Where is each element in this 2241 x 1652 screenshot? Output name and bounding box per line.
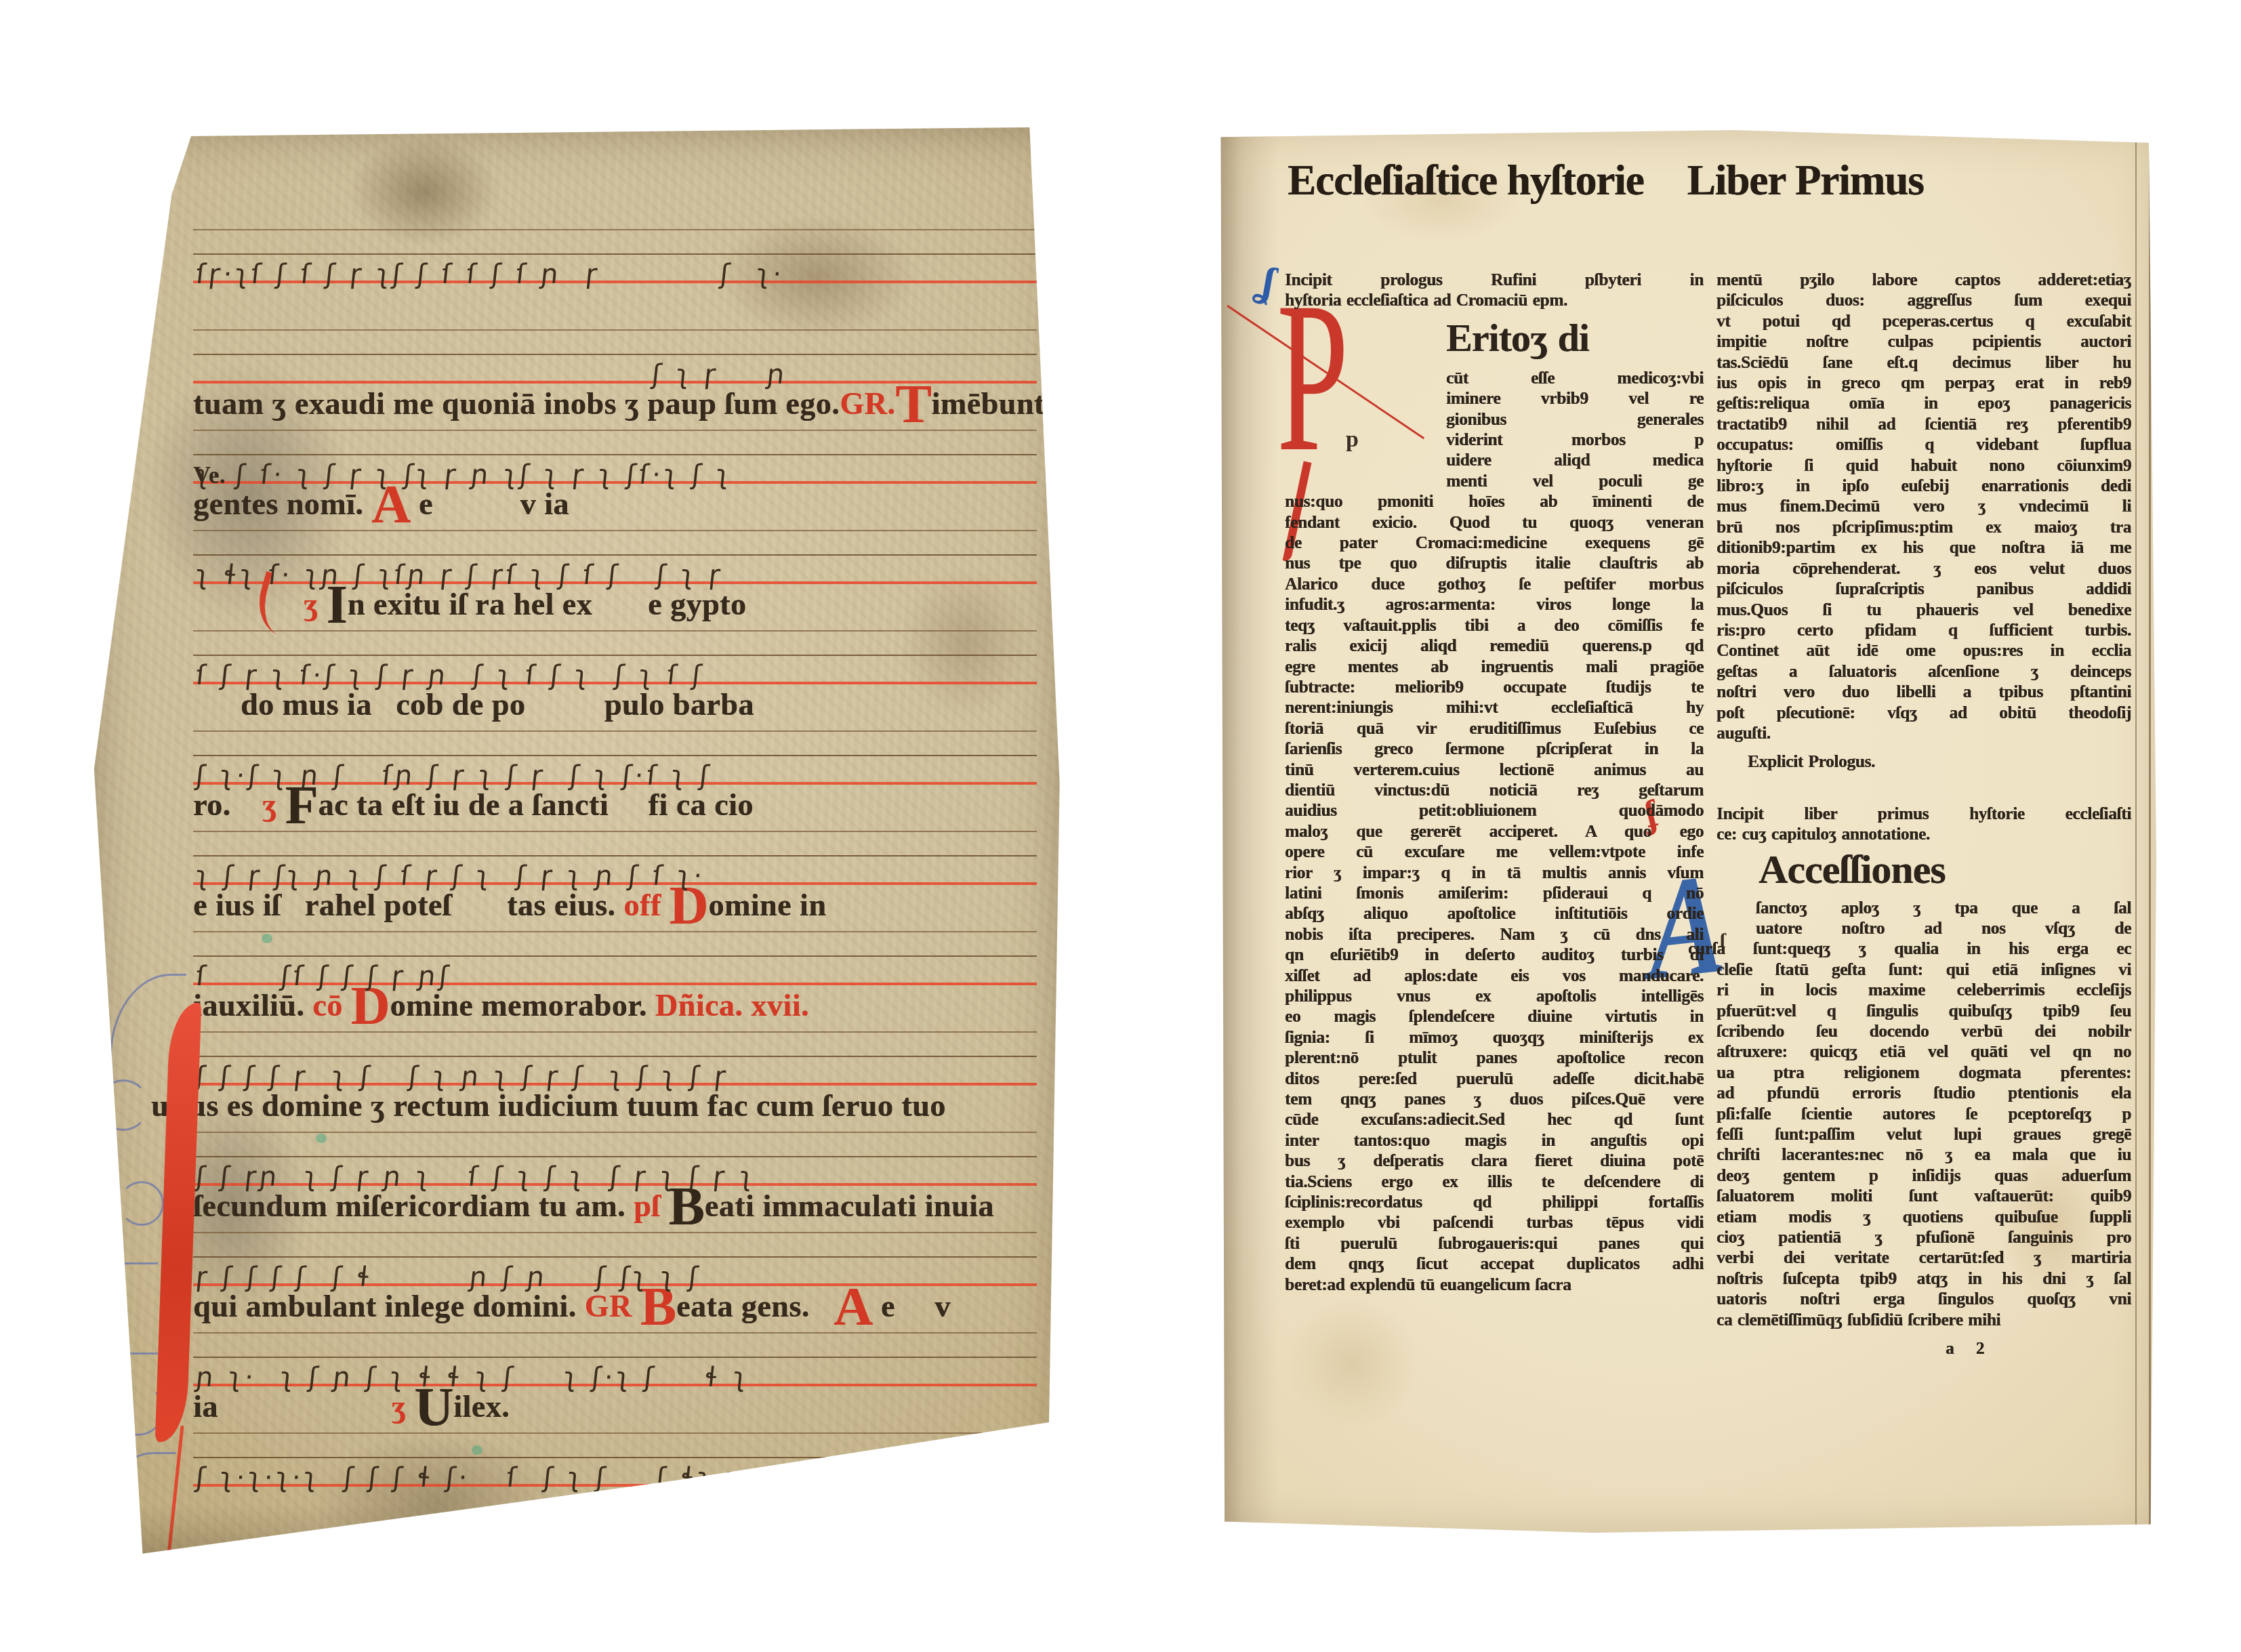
staff-line-brown [193, 1332, 1037, 1334]
print-line: rior ʒ impar:ʒ q in tā multis annis vſum [1285, 863, 1704, 883]
staff-line-brown [193, 1056, 1037, 1057]
neume-notation: ʅ· ʃ ſ· ʅ ʃ ɼ ʅ ʃʅ ɼ ɲ ʅʃ ʅ ɼ ʅ ʃſ·ʅ ʃ ʅ [194, 459, 735, 491]
print-line: Alarico duce gothoʒ ſe peſtifer morbus [1285, 574, 1704, 594]
neume-notation: ʃ ʅ ɼ ɲ [194, 359, 789, 390]
staff-line-brown [193, 955, 1037, 957]
chant-text-segment: ia [193, 1389, 392, 1424]
chant-text-line: ſecundum miſericordiam tu am. pſ Beati i… [193, 1189, 1037, 1224]
chant-text-line: tuam ʒ exaudi me quoniā inobs ʒ paup ſum… [193, 386, 1037, 421]
print-line: viderint morbos p [1285, 430, 1704, 450]
neume-notation: ſɼ·ʅſ ʃ ſ ʃ ɼ ʅʃ ʃ ſ ſ ʃ ſ ɲ ɼ ʃ ʅ· [194, 259, 787, 290]
print-line: ditionib9:partim ex his que noſtra iā me [1716, 537, 2131, 558]
guide-letter-p: p [1346, 427, 1359, 453]
chant-text-segment: A [371, 475, 411, 535]
chant-text-segment: qui ambulant inlege domini. [193, 1289, 585, 1323]
staff-line-brown [193, 229, 1037, 230]
neume-notation: ſ ʃ ɼ ʅ ſ·ʃ ʅ ʃ ɼ ɲ ʃ ʅ ſ ʃ ʅ ʃ ʅ ſ ʃ [194, 660, 707, 691]
print-line: Incipit prologus Rufini pſbyteri in [1285, 270, 1704, 290]
staff-system: ſɼ·ʅſ ʃ ſ ʃ ɼ ʅʃ ʃ ſ ſ ʃ ſ ɲ ɼ ʃ ʅ· [193, 221, 1037, 286]
print-line: cioʒ patientiā ʒ pfuſionē ſanguinis pro [1716, 1227, 2131, 1247]
print-line: ſignia: ſi mīmoʒ quoʒqʒ miniſterijs ex [1285, 1027, 1704, 1048]
chant-system: ʃ ʅ ɼ ɲtuam ʒ exaudi me quoniā inobs ʒ p… [193, 321, 1037, 421]
print-line: mus.Quos ſi tu phaueris vel benedixe [1716, 600, 2131, 620]
staff-line-brown [193, 1156, 1037, 1157]
staff-line-brown [193, 530, 1037, 531]
staff-system: ʃ ʃ ɼɲ ʅ ʃ ɼ ɲ ʅ ſ ʃ ʅ ʃ ʅ ʃ ɼ ʅ ʃ ɼ ʅ [193, 1123, 1037, 1189]
print-line: ris:pro certo pfidam q ſufficient turbis… [1716, 620, 2131, 640]
staff-line-red [193, 782, 1037, 785]
neume-notation: ʃ ʃ ɼɲ ʅ ʃ ɼ ɲ ʅ ſ ʃ ʅ ʃ ʅ ʃ ɼ ʅ ʃ ɼ ʅ [194, 1161, 758, 1193]
staff-line-red [193, 581, 1037, 584]
print-line: pfuerūt:vel q ſingulis quibuſqʒ tpib9 ſe… [1716, 1001, 2131, 1021]
staff-line-red [193, 682, 1037, 684]
print-line: Incipit liber primus hyſtorie eccleſiaſt… [1716, 804, 2131, 824]
chant-text-segment: D [351, 976, 390, 1036]
chant-systems: ſɼ·ʅſ ʃ ſ ʃ ɼ ʅʃ ʃ ſ ſ ʃ ſ ɲ ɼ ʃ ʅ· ʃ ʅ … [193, 221, 1037, 1525]
print-line: ua ptra religionem dogmata pferentes: [1716, 1062, 2131, 1083]
chant-system: ſ ʃſ ʃ ʃ ʃ ɼ ɲʃiauxiliū. cō Domine memor… [193, 923, 1037, 1023]
chant-text-line: iauxiliū. cō Domine memorabor. Dñica. xv… [193, 988, 1037, 1023]
staff-line-brown [193, 1031, 1037, 1033]
chant-text-segment: ac ta eſt iu de a ſancti fi ca cio [318, 787, 754, 822]
staff-line-brown [193, 630, 1037, 632]
print-line: ſti puerulū ſubrogaueris:qui panes qui [1285, 1233, 1704, 1254]
chant-system: ʅ ʃ ɼ ʃʅ ɲ ʅ ʃ ſ ɼ ʃ ʅ ʃ ɼ ʅ ɲ ʃ ſ ʅ·e i… [193, 823, 1037, 923]
print-line: ſtoriā quā vir eruditiſſimus Euſebius ce [1285, 718, 1704, 739]
penwork-curl [112, 1384, 164, 1436]
chant-system: ʅ ɬʅ ſ· ʅɲ ʃ ʅſɲ ɼ ʃ ɼſ ʅ ʃ ſ ʃ ʃ ʅ ɼ ʒ … [193, 522, 1037, 622]
initial-a: A [1643, 851, 1729, 1003]
print-line: mus finem.Decimū vero ʒ vndecimū li [1716, 496, 2131, 516]
initial-i-flourish [92, 978, 234, 1608]
print-line: ca clemētiſſimūqʒ ſubſidiū ſcribere mihi [1716, 1310, 2131, 1330]
staff-line-brown [193, 655, 1037, 656]
red-paraph-mark: ʄ [1639, 792, 1662, 838]
print-line: impitie noſtre culpas pcipientis auctori [1716, 331, 2131, 352]
penwork-curl [99, 1452, 176, 1563]
print-line: exemplo vbi paſcendi turbas tēpus vidi [1285, 1212, 1704, 1233]
print-line: ce: cuʒ capituloʒ annotatione. [1716, 824, 2131, 844]
stain [1258, 1268, 1447, 1458]
staff-system: ſ ʃſ ʃ ʃ ʃ ɼ ɲʃ [193, 923, 1037, 988]
chant-text-segment: T [895, 375, 931, 434]
staff-line-brown [193, 1256, 1037, 1258]
staff-line-red [193, 882, 1037, 885]
staff-line-brown [193, 730, 1037, 732]
print-line: hyſtorie ſi quid habuit nono cōiunxim9 [1716, 455, 2131, 476]
print-line: tinū verterem.cuius lectionē animus au [1285, 760, 1704, 780]
chant-text-segment: eata gens. [676, 1289, 834, 1323]
print-line: piſciculos duos: aggreſſus ſum exequi [1716, 290, 2131, 310]
stain [262, 1401, 614, 1605]
print-line: geſtas a ſaluatoris aſcenſione ʒ deincep… [1716, 661, 2131, 682]
print-line: egre mentes ab ingruentis mali pragiōe [1285, 657, 1704, 677]
chant-text-segment: B [668, 1177, 704, 1237]
print-line: tractatib9 nihil ad ſcientiā reʒ pferent… [1716, 414, 2131, 434]
print-line: dientiū vinctus:dū noticiā reʒ geſtarum [1285, 780, 1704, 800]
chant-text-segment: off [623, 888, 669, 922]
chant-text-segment: D [670, 876, 709, 936]
print-line: a 2 [1716, 1338, 2131, 1359]
print-line: gionibus generales [1285, 409, 1704, 430]
print-line: abſqʒ aliquo apoſtolice inſtitutiōis ord… [1285, 903, 1704, 924]
staff-line-red [193, 1083, 1037, 1086]
neume-notation: ʃ ʃ ʃ ʃ ɼ ʅ ʃ ʃ ʅ ɲ ʅ ʃ ɼ ʃ ʅ ʃ ʅ ʃ ɼ [194, 1061, 731, 1092]
print-line: ius opis in greco qm perpaʒ erat in reb9 [1716, 373, 2131, 393]
chant-text-segment: gentes nomī. [193, 487, 371, 521]
print-line: ditos pere:ſed puerulū adeſſe dicit.habē [1285, 1069, 1704, 1089]
stain [316, 114, 533, 270]
print-line: tas.Sciēdū ſane eſt.q decimus liber hu [1716, 352, 2131, 373]
print-line: noſtri vero duo libelli a tpibus pſtanti… [1716, 682, 2131, 702]
print-line: nus:quo pmoniti hoīes ab īminenti de [1285, 491, 1704, 512]
chant-text-segment: F [285, 776, 318, 835]
neume-notation: ʃ ʅ·ʅ·ʅ·ʅ ʃ ʃ ʃ ɬ ʃ· ſ ʃ ʅ ʃ ʃ ɬʅ ʇ [194, 1462, 741, 1493]
penwork-curl [95, 1262, 158, 1355]
print-line: piſciculos ſupraſcriptis panibus addidi [1716, 579, 2131, 599]
staff-line-brown [193, 755, 1037, 756]
chant-text-segment: A [834, 1277, 873, 1337]
chant-text-segment: ſecundum miſericordiam tu am. [193, 1189, 634, 1223]
staff-system: ʃ ʃ ʃ ʃ ɼ ʅ ʃ ʃ ʅ ɲ ʅ ʃ ɼ ʃ ʅ ʃ ʅ ʃ ɼ [193, 1023, 1037, 1088]
neume-notation: ʅ ɬʅ ſ· ʅɲ ʃ ʅſɲ ɼ ʃ ɼſ ʅ ʃ ſ ʃ ʃ ʅ ɼ [194, 560, 725, 591]
staff-line-brown [193, 354, 1037, 355]
staff-line-brown [193, 329, 1037, 331]
print-line: libro:ʒ in ipſo euſebij enarrationis ded… [1716, 476, 2131, 496]
print-line: ſaluatorem moliti ſunt vaſtauerūt: quib9 [1716, 1186, 2131, 1206]
right-page-print: Eccleſiaſtice hyſtorie Liber Primus ʆ P … [1217, 130, 2156, 1533]
chant-text-segment: n exitu iſ ra hel ex e gypto [348, 587, 747, 621]
print-line: qn eſuriētib9 in deſerto auditoʒ turbis … [1285, 945, 1704, 965]
photo-canvas: ſɼ·ʅſ ʃ ſ ʃ ɼ ʅʃ ʃ ſ ſ ʃ ſ ɲ ɼ ʃ ʅ· ʃ ʅ … [0, 0, 2241, 1652]
chant-text-segment: I [327, 575, 348, 635]
print-line: philippus vnus ex apoſtolis intelligēs [1285, 986, 1704, 1006]
staff-line-red [193, 381, 1037, 384]
staff-system: ʃ ʅ·ʃ ʅ ɲ ʃ ſɲ ʃ ɼ ʅ ʃ ɼ ʃ ʅ ʃ·ſ ʅ ʃ [193, 722, 1037, 787]
print-line: tem qnqʒ panes ʒ duos piſces.Quē vere [1285, 1089, 1704, 1109]
print-line: tia.Sciens ergo ex illis te deſcendere d… [1285, 1172, 1704, 1192]
print-column-right: mentū pʒilo labore captos adderet:etiaʒp… [1716, 270, 2131, 1359]
stain [119, 1049, 343, 1361]
stain [1325, 144, 1556, 259]
staff-system: ʅ· ʃ ſ· ʅ ʃ ɼ ʅ ʃʅ ɼ ɲ ʅʃ ʅ ɼ ʅ ʃſ·ʅ ʃ ʅ… [193, 421, 1037, 487]
left-page-manuscript: ſɼ·ʅſ ʃ ſ ʃ ɼ ʅʃ ʃ ſ ſ ʃ ſ ɲ ɼ ʃ ʅ· ʃ ʅ … [92, 127, 1063, 1586]
staff-line-brown [193, 1132, 1037, 1133]
print-line: plerent:nō ptulit panes apoſtolice recon [1285, 1048, 1704, 1068]
print-line: Eritoʒ di [1285, 311, 1704, 368]
chant-text-line: ʒ In exitu iſ ra hel ex e gypto [193, 587, 1037, 622]
staff-line-brown [193, 931, 1037, 932]
print-line: nerent:iniungis mihi:vt eccleſiaſticā hy [1285, 697, 1704, 718]
initial-i-body [155, 1001, 202, 1443]
print-line: geſtis:reliqua omīa in epoʒ panagericis [1716, 393, 2131, 413]
chant-text-line [193, 286, 1037, 321]
staff-line-red [193, 1183, 1037, 1186]
staff-line-brown [193, 1232, 1037, 1233]
chant-system: ſɼ·ʅſ ʃ ſ ʃ ɼ ʅʃ ʃ ſ ſ ʃ ſ ɲ ɼ ʃ ʅ· [193, 221, 1037, 321]
staff-line-brown [193, 831, 1037, 832]
gutter-shadow [1217, 130, 1278, 1533]
page-title: Eccleſiaſtice hyſtorie Liber Primus [1288, 156, 2135, 205]
print-line: etiam modis ʒ quotiens quibuſue ſuppli [1716, 1207, 2131, 1227]
chant-text-segment: imēbunt [932, 386, 1045, 421]
print-line: dem qnqʒ ſicut accepat duplicatos adhi [1285, 1254, 1704, 1274]
print-line: nus tpe quo diſruptis italie clauſtris a… [1285, 553, 1704, 573]
staff-line-brown [193, 454, 1037, 455]
chant-system: ʃ ʅ·ʅ·ʅ·ʅ ʃ ʃ ʃ ɬ ʃ· ſ ʃ ʅ ʃ ʃ ɬʅ ʇ [193, 1424, 1037, 1525]
print-line: ad pfundū erroris ſtudio ptentionis ela [1716, 1083, 2131, 1103]
print-line: pſi:falſe ſcientie autores ſe pceptoreſq… [1716, 1104, 2131, 1124]
chant-text-line: e ius iſ rahel poteſ tas eius. off Domin… [193, 888, 1037, 923]
chant-text-segment: ro. [193, 787, 262, 822]
verdigris-spot [472, 1445, 482, 1455]
verdigris-spot [316, 1134, 327, 1143]
chant-system: ʅ· ʃ ſ· ʅ ʃ ɼ ʅ ʃʅ ɼ ɲ ʅʃ ʅ ɼ ʅ ʃſ·ʅ ʃ ʅ… [193, 421, 1037, 522]
chant-text-line: ia ʒ Uilex. [193, 1389, 1037, 1424]
chant-system: ſ ʃ ɼ ʅ ſ·ʃ ʅ ʃ ɼ ɲ ʃ ʅ ſ ʃ ʅ ʃ ʅ ſ ʃ do… [193, 622, 1037, 722]
print-line: deoʒ gentem p inſidijs quas aduerſum [1716, 1165, 2131, 1186]
print-line: infudit.ʒ agros:armenta: viros longe la [1285, 594, 1704, 615]
neume-notation: ſ ʃſ ʃ ʃ ʃ ɼ ɲʃ [194, 961, 453, 992]
chant-system: ʃ ʅ·ʃ ʅ ɲ ʃ ſɲ ʃ ɼ ʅ ʃ ɼ ʃ ʅ ʃ·ſ ʅ ʃro. … [193, 722, 1037, 823]
chant-system: ɲ ʅ· ʅ ʃ ɲ ʃ ʅ ɬ ɬ ʅ ʃ ʅ ʃ·ʅ ʃ ɬ ʅia ʒ U… [193, 1324, 1037, 1424]
chant-text-segment: e v [873, 1289, 951, 1323]
print-line: ſanctoʒ aploʒ ʒ tpa que a ſal [1716, 898, 2131, 918]
print-line: menti vel poculi ge [1285, 471, 1704, 491]
staff-line-red [193, 481, 1037, 484]
print-line: cūde excuſans:adiecit.Sed hec qd ſunt [1285, 1109, 1704, 1130]
chant-text-segment: Dñica. xvii. [655, 988, 809, 1023]
print-line: ralis exicij aliqd remediū querens.p qd [1285, 636, 1704, 656]
staff-system: ɼ ʃ ʃ ʃ ʃ ʃ ɬ ɲ ʃ ɲ ʃ ʃʅ ʅ ʃ [193, 1224, 1037, 1289]
verdigris-spot [262, 934, 272, 943]
print-line: beret:ad explendū tū euangelicum ſacra [1285, 1275, 1704, 1295]
print-line: xiſſet ad aplos:date eis vos manducare. [1285, 966, 1704, 986]
print-line: feſſi ſunt:paſſim velut lupi graues greg… [1716, 1124, 2131, 1144]
staff-line-brown [193, 1457, 1037, 1458]
chant-text-segment: pſ [634, 1189, 668, 1223]
blue-paraph-mark: ʆ [1258, 258, 1279, 308]
chant-text-segment: e v ia [411, 487, 569, 521]
stain [99, 304, 397, 683]
print-line: uatore noſtro ad nos vſqʒ de [1716, 918, 2131, 938]
print-line: cūt eſſe medicoʒ:vbi [1285, 368, 1704, 388]
staff-line-red [193, 1283, 1037, 1286]
chant-text-line [193, 1489, 1037, 1525]
print-line: ſcribendo ſeu docendo verbū dei nobilr [1716, 1021, 2131, 1041]
staff-line-brown [193, 1432, 1037, 1434]
print-line: chriſti lacerantes:nec nō ʒ ea mala que … [1716, 1144, 2131, 1165]
chant-text-segment: eati immaculati inuia [705, 1189, 994, 1223]
staff-line-red [193, 983, 1037, 985]
staff-line-brown [193, 1357, 1037, 1358]
print-line: aſtruxere: quicqʒ etiā vel quāti vel qn … [1716, 1041, 2131, 1062]
print-line: occupatus: omiſſis q videbant ſupflua [1716, 434, 2131, 455]
chant-text-segment: ʒ [262, 787, 285, 822]
staff-system: ſ ʃ ɼ ʅ ſ·ʃ ʅ ʃ ɼ ɲ ʃ ʅ ſ ʃ ʅ ʃ ʅ ſ ʃ [193, 622, 1037, 687]
chant-text-segment: ʒ [304, 587, 327, 621]
chant-text-segment: omine memorabor. [390, 988, 655, 1023]
staff-system: ʅ ʃ ɼ ʃʅ ɲ ʅ ʃ ſ ɼ ʃ ʅ ʃ ɼ ʅ ɲ ʃ ſ ʅ· [193, 823, 1037, 888]
print-line: curſa ſunt:queqʒ ʒ qualia in his erga ec [1688, 938, 2131, 959]
neume-notation: ɲ ʅ· ʅ ʃ ɲ ʃ ʅ ɬ ɬ ʅ ʃ ʅ ʃ·ʅ ʃ ɬ ʅ [194, 1362, 752, 1393]
chant-label: Ve. [193, 461, 226, 489]
print-line: opere cū excuſare me vellem:vtpote infe [1285, 842, 1704, 862]
print-line: mentū pʒilo labore captos adderet:etiaʒ [1716, 270, 2131, 290]
staff-system: ʅ ɬʅ ſ· ʅɲ ʃ ʅſɲ ɼ ʃ ɼſ ʅ ʃ ſ ʃ ʃ ʅ ɼ [193, 522, 1037, 587]
staff-line-red [193, 1384, 1037, 1386]
print-line: auidius petit:obliuionem quodāmodo [1285, 800, 1704, 821]
print-line: brū nos pſcripſimus:ptim ex maioʒ tra [1716, 517, 2131, 537]
print-line: vt potui qd pceperas.certus q excuſabit [1716, 311, 2131, 331]
penwork-curl [110, 974, 186, 1077]
print-line: inter tantos:quo magis in anguſtis opi [1285, 1130, 1704, 1151]
staff-line-brown [193, 554, 1037, 556]
print-line: bus ʒ deſperatis clara fieret diuina pot… [1285, 1151, 1704, 1171]
staff-system: ʃ ʅ·ʅ·ʅ·ʅ ʃ ʃ ʃ ɬ ʃ· ſ ʃ ʅ ʃ ʃ ɬʅ ʇ [193, 1424, 1037, 1489]
staff-system: ɲ ʅ· ʅ ʃ ɲ ʃ ʅ ɬ ɬ ʅ ʃ ʅ ʃ·ʅ ʃ ɬ ʅ [193, 1324, 1037, 1389]
print-line: moria cōprehenderat. ʒ eos velut duos [1716, 558, 2131, 579]
print-line: ſubtracte: meliorib9 occupate ſtudijs te [1285, 677, 1704, 697]
penwork-curl [119, 1181, 164, 1226]
chant-system: ʃ ʃ ɼɲ ʅ ʃ ɼ ɲ ʅ ſ ʃ ʅ ʃ ʅ ʃ ɼ ʅ ʃ ɼ ʅſe… [193, 1123, 1037, 1224]
stain [871, 534, 1061, 751]
neume-notation: ʅ ʃ ɼ ʃʅ ɲ ʅ ʃ ſ ɼ ʃ ʅ ʃ ɼ ʅ ɲ ʃ ſ ʅ· [194, 861, 707, 892]
print-column-left: Incipit prologus Rufini pſbyteri inhyſto… [1285, 270, 1704, 1295]
neume-notation: ʃ ʅ·ʃ ʅ ɲ ʃ ſɲ ʃ ɼ ʅ ʃ ɼ ʃ ʅ ʃ·ſ ʅ ʃ [194, 760, 714, 791]
print-line: verbi dei veritate certarūt:ſed ʒ martir… [1716, 1247, 2131, 1268]
print-line: maloʒ que gererēt acciperet. A quo ego [1285, 821, 1704, 842]
chant-text-line: do mus ia cob de po pulo barba [193, 687, 1037, 722]
chant-text-segment: e ius iſ rahel poteſ tas eius. [193, 888, 623, 922]
initial-p-tail [1283, 461, 1312, 562]
print-line: latini ſmonis amiſerim: pſideraui q nō [1285, 883, 1704, 903]
initial-p-hairline [1227, 305, 1424, 439]
chant-text-segment: uſtus es domine ʒ rectum iudicium tuum f… [151, 1088, 946, 1123]
chant-text-segment: ilex. [453, 1389, 510, 1424]
chant-text-segment: GR [585, 1289, 640, 1323]
stain [1976, 1113, 2125, 1336]
page-edge-lines [2135, 134, 2151, 1529]
chant-text-segment: GR. [840, 386, 895, 421]
print-line: iminere vrbib9 vel re [1285, 388, 1704, 409]
chant-text-segment [193, 587, 304, 621]
print-line: noſtris ſuſcepta tpib9 atqʒ in his dni ʒ… [1716, 1268, 2131, 1289]
staff-line-brown [193, 253, 1037, 255]
print-line: ri in locis maxime celeberrimis eccleſij… [1716, 980, 2131, 1000]
chant-text-line: ro. ʒ Fac ta eſt iu de a ſancti fi ca ci… [193, 787, 1037, 823]
print-line: Continet aūt idē ome opus:res in ecclia [1716, 640, 2131, 661]
print-line: uatoris noſtri erga ſingulos quoſqʒ vni [1716, 1289, 2131, 1309]
print-line: uidere aliqd medica [1285, 450, 1704, 470]
print-line: poſt pſecutionē: vſqʒ ad obitū theodoſij [1716, 703, 2131, 723]
initial-i-tail [163, 1425, 184, 1587]
print-line: hyſtoria eccleſiaſtica ad Cromaciū epm. [1285, 290, 1704, 310]
initial-a-swash [250, 571, 308, 640]
penwork-curl [98, 1079, 149, 1131]
print-line: ſarienſis greco ſermone pſcripſerat in l… [1285, 739, 1704, 759]
title-liber-primus: Liber Primus [1687, 156, 1924, 205]
print-line: nobis iſta preciperes. Nam ʒ cū dns ali [1285, 924, 1704, 945]
title-ecclesiastice: Eccleſiaſtice hyſtorie [1288, 156, 1644, 205]
neume-notation: ɼ ʃ ʃ ʃ ʃ ʃ ɬ ɲ ʃ ɲ ʃ ʃʅ ʅ ʃ [194, 1262, 703, 1293]
staff-system: ʃ ʅ ɼ ɲ [193, 321, 1037, 386]
chant-text-segment: cō [312, 988, 350, 1023]
initial-p: P [1277, 293, 1349, 461]
chant-text-line: uſtus es domine ʒ rectum iudicium tuum f… [151, 1088, 1037, 1123]
chant-text-segment: ʒ [392, 1389, 415, 1424]
page-edge-shadow [92, 1504, 1063, 1586]
staff-line-brown [193, 855, 1037, 856]
chant-text-segment: do mus ia cob de po pulo barba [193, 687, 754, 722]
chant-text-segment: U [414, 1378, 453, 1437]
print-line: Explicit Prologus. [1716, 751, 2131, 772]
chant-text-segment: tuam ʒ exaudi me quoniā inobs ʒ paup ſum… [193, 386, 840, 421]
chant-system: ʃ ʃ ʃ ʃ ɼ ʅ ʃ ʃ ʅ ɲ ʅ ʃ ɼ ʃ ʅ ʃ ʅ ʃ ɼuſt… [193, 1023, 1037, 1123]
chant-text-segment: B [640, 1277, 676, 1337]
print-line: de pater Cromaci:medicine exequens gē [1285, 533, 1704, 553]
staff-line-red [193, 281, 1037, 283]
print-line: teqʒ vaſtauit.pplis tibi a deo cōmiſſis … [1285, 615, 1704, 636]
print-line: cleſie ſtatū geſta ſunt: qui etiā inſign… [1716, 959, 2131, 980]
chant-system: ɼ ʃ ʃ ʃ ʃ ʃ ɬ ɲ ʃ ɲ ʃ ʃʅ ʅ ʃqui ambulant… [193, 1224, 1037, 1324]
chant-text-line: gentes nomī. A e v ia [193, 487, 1037, 522]
print-line: ſciplinis:recordatus qd philippi fortaſſ… [1285, 1192, 1704, 1212]
guide-letter-a: ſ [1720, 930, 1725, 953]
chant-text-line: qui ambulant inlege domini. GR Beata gen… [193, 1289, 1037, 1324]
print-line: eo magis ſplendeſcere diuine virtutis in [1285, 1006, 1704, 1027]
chant-text-segment: omine in [708, 888, 826, 922]
stain [675, 188, 960, 365]
chant-text-segment: iauxiliū. [193, 988, 312, 1023]
print-line: auguſti. [1716, 723, 2131, 743]
print-line: fendant exicio. Quod tu quoqʒ veneran [1285, 512, 1704, 533]
staff-line-brown [193, 430, 1037, 431]
print-line: Acceſſiones [1716, 845, 2131, 898]
staff-line-red [193, 1484, 1037, 1487]
